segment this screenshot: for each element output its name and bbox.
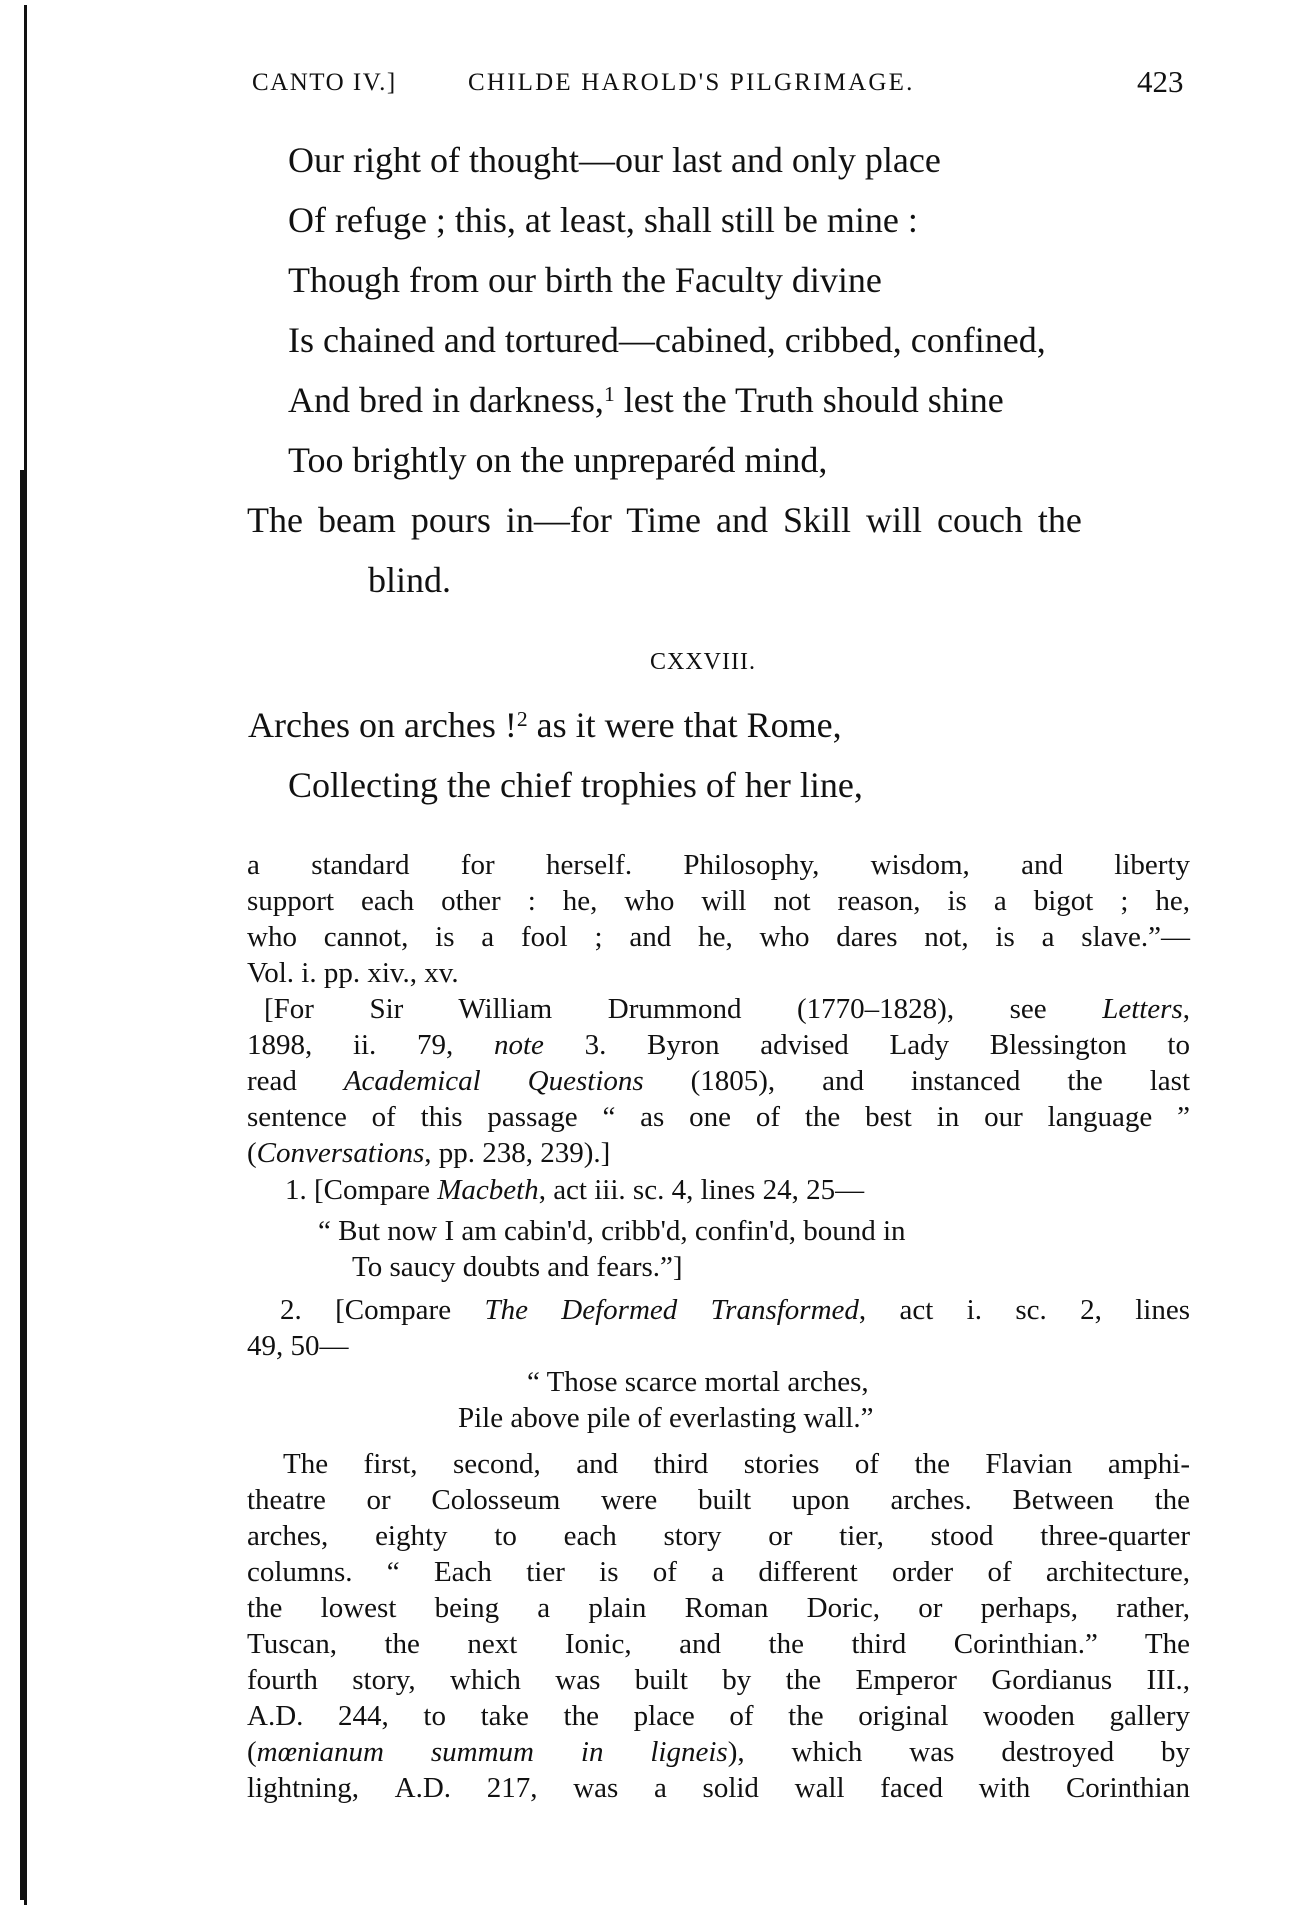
verse-text: lest the Truth should shine [615,380,1004,420]
verse-line: Too brightly on the unpreparéd mind, [288,442,827,478]
text: A.D. [247,1700,303,1732]
text: 3. Byron advised Lady Blessington to [544,1029,1190,1061]
text: ( [247,1736,257,1768]
footnote-line: Tuscan, the next Ionic, and the third Co… [247,1630,1190,1659]
footnote-line: theatre or Colosseum were built upon arc… [247,1486,1190,1515]
verse-text: Arches on arches ! [248,705,517,745]
footnote-line: The first, second, and third stories of … [283,1450,1190,1479]
text: , act i. sc. 2, lines [859,1294,1190,1326]
footnote-line: who cannot, is a fool ; and he, who dare… [247,923,1190,952]
text: , act iii. sc. 4, lines 24, 25— [539,1174,864,1206]
footnote-1: 1. [Compare Macbeth, act iii. sc. 4, lin… [285,1176,864,1205]
text: [For Sir William Drummond (1770–1828), s… [264,993,1102,1025]
footnote-line: lightning, A.D. 217, was a solid wall fa… [247,1774,1190,1803]
italic-title: Macbeth [437,1174,538,1206]
footnote-line: a standard for herself. Philosophy, wisd… [247,851,1190,880]
quotation-line: To saucy doubts and fears.”] [352,1253,683,1282]
verse-line: Though from our birth the Faculty divine [288,262,882,298]
text: , pp. 238, 239).] [424,1137,610,1169]
running-header-canto: CANTO IV.] [252,70,397,95]
text: , [1183,993,1190,1025]
italic-title: Academical Questions [344,1065,644,1097]
footnote-line: read Academical Questions (1805), and in… [247,1067,1190,1096]
text: 2. [Compare [280,1294,484,1326]
text: ( [247,1137,257,1169]
page-number: 423 [1137,66,1184,97]
text: (1805), and instanced the last [644,1065,1190,1097]
footnote-2: 2. [Compare The Deformed Transformed, ac… [280,1296,1190,1325]
scan-edge-line [24,5,27,1905]
footnote-ref-1: 1 [604,382,615,406]
footnote-line: (mœnianum summum in ligneis), which was … [247,1738,1190,1767]
quotation-line: “ But now I am cabin'd, cribb'd, confin'… [318,1217,906,1246]
footnote-line: support each other : he, who will not re… [247,887,1190,916]
verse-line: Our right of thought—our last and only p… [288,142,941,178]
footnote-line: [For Sir William Drummond (1770–1828), s… [264,995,1190,1024]
verse-line: Is chained and tortured—cabined, cribbed… [288,322,1046,358]
verse-line: Of refuge ; this, at least, shall still … [288,202,918,238]
footnote-line: Vol. i. pp. xiv., xv. [247,959,459,988]
footnote-ref-2: 2 [517,707,528,731]
footnote-line: arches, eighty to each story or tier, st… [247,1522,1190,1551]
quotation-line: “ Those scarce mortal arches, [527,1368,869,1397]
verse-line: Arches on arches !2 as it were that Rome… [248,707,842,743]
text: lightning, [247,1772,395,1804]
text: 244, to take the place of the original w… [303,1700,1190,1732]
text: ), which was destroyed by [728,1736,1190,1768]
footnote-line: fourth story, which was built by the Emp… [247,1666,1190,1695]
verse-line: The beam pours in—for Time and Skill wil… [247,502,1082,538]
footnote-line: the lowest being a plain Roman Doric, or… [247,1594,1190,1623]
footnote-line: sentence of this passage “ as one of the… [247,1103,1190,1132]
footnote-line: 49, 50— [247,1332,349,1361]
footnote-line: 1898, ii. 79, note 3. Byron advised Lady… [247,1031,1190,1060]
text: A.D. [395,1772,451,1804]
running-header-title: CHILDE HAROLD'S PILGRIMAGE. [468,70,915,95]
verse-line: And bred in darkness,1 lest the Truth sh… [288,382,1004,418]
footnote-line: columns. “ Each tier is of a different o… [247,1558,1190,1587]
text: read [247,1065,344,1097]
verse-text: And bred in darkness, [288,380,604,420]
footnote-line: (Conversations, pp. 238, 239).] [247,1139,610,1168]
verse-text: as it were that Rome, [528,705,842,745]
italic-title: The Deformed Transformed [484,1294,858,1326]
italic-text: note [494,1029,544,1061]
text: 1. [Compare [285,1174,437,1206]
footnote-line: A.D. 244, to take the place of the origi… [247,1702,1190,1731]
quotation-line: Pile above pile of everlasting wall.” [458,1404,874,1433]
italic-title: Conversations [257,1137,425,1169]
text: 1898, ii. 79, [247,1029,494,1061]
scan-edge-line-lower [20,470,24,1900]
text: 217, was a solid wall faced with Corinth… [451,1772,1190,1804]
italic-title: Letters [1102,993,1183,1025]
verse-line-continuation: blind. [368,562,451,598]
verse-line: Collecting the chief trophies of her lin… [288,767,863,803]
italic-latin: mœnianum summum in ligneis [257,1736,728,1768]
stanza-number: CXXVIII. [650,650,756,674]
